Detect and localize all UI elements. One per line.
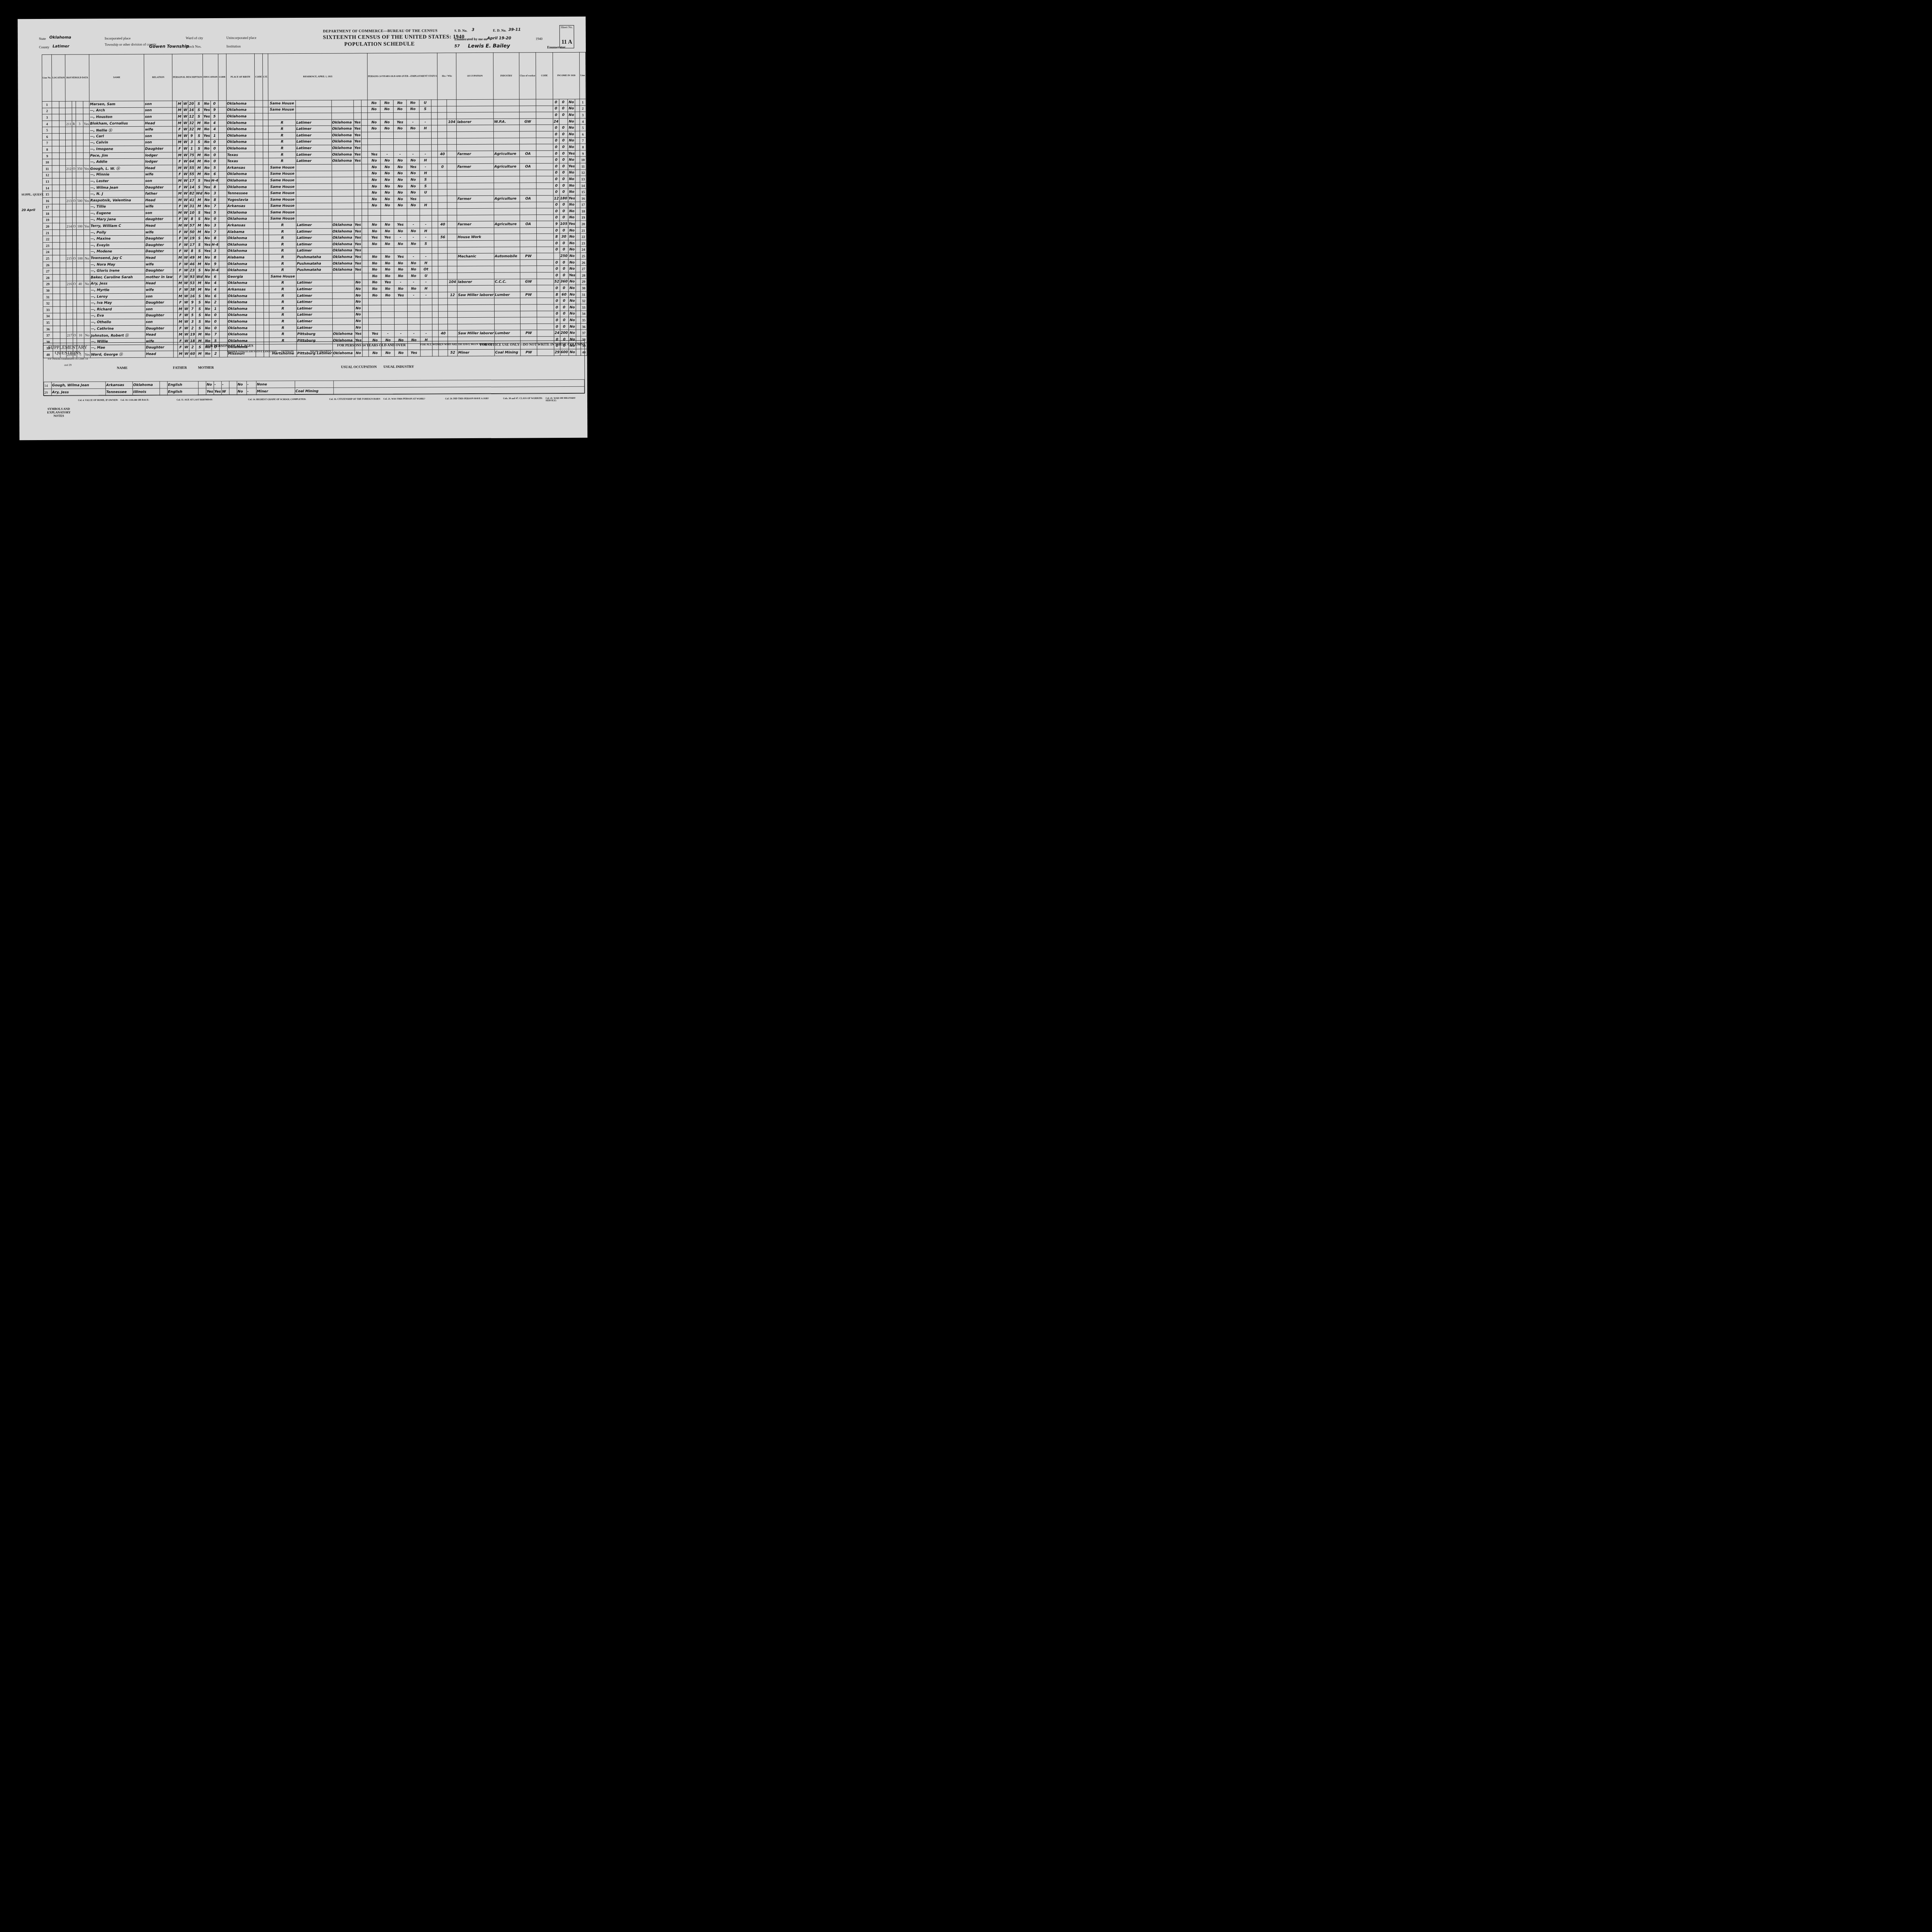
cell-blank	[575, 157, 580, 163]
cell-wks	[447, 196, 457, 202]
cell-blank	[255, 190, 263, 197]
cell-age: 3	[189, 319, 196, 325]
cell-occ	[457, 324, 495, 330]
cell-blank	[52, 153, 60, 159]
cell-blank	[255, 299, 263, 306]
cell-blank	[536, 125, 553, 131]
cell-ms: Wd	[195, 190, 203, 197]
cell-wks	[447, 189, 457, 196]
cell-blank	[361, 126, 368, 132]
cell-ln: 12	[43, 172, 52, 179]
cell-blank	[219, 229, 227, 235]
cell-blank	[173, 152, 177, 159]
cell-blank	[173, 293, 178, 300]
cell-blank	[256, 312, 264, 319]
cell-ms: S	[196, 319, 204, 325]
cell-e4: Yes	[407, 196, 420, 202]
cell-ind: W.P.A.	[493, 119, 519, 125]
cell-hrs	[438, 266, 447, 273]
cell-own: R	[72, 121, 76, 127]
cell-st: Oklahoma	[332, 151, 354, 158]
cell-occ	[457, 144, 494, 151]
cell-e4	[406, 112, 420, 119]
cell-blank	[537, 285, 554, 292]
cell-inc2: 30	[560, 234, 568, 240]
supp-cell-ss2: -	[247, 388, 256, 395]
cell-farm	[84, 274, 90, 281]
note-col30: Cols. 30 and 47. CLASS OF WORKER:	[503, 397, 543, 400]
cell-sex: M	[177, 107, 182, 114]
cell-st	[332, 286, 354, 293]
note-col14: Col. 14. HIGHEST GRADE OF SCHOOL COMPLET…	[248, 398, 306, 401]
cell-e2: No	[381, 177, 394, 184]
cell-blank	[53, 306, 60, 313]
cell-birth: Oklahoma	[227, 299, 256, 306]
cell-dw	[66, 140, 72, 146]
cell-blank	[173, 287, 177, 293]
cell-inc1: 0	[553, 189, 560, 196]
cell-ind	[494, 285, 520, 292]
cell-oth: No	[568, 323, 576, 330]
cell-e5: H	[420, 260, 432, 267]
cell-dw: 216	[66, 281, 73, 287]
cell-farm35	[354, 100, 361, 107]
cell-e4: -	[407, 253, 420, 260]
cell-res: R	[269, 306, 297, 312]
cell-st: Oklahoma	[332, 119, 354, 126]
block-label: Block Nos.	[186, 44, 202, 48]
cell-e1: No	[368, 228, 381, 235]
cell-dw: 213	[66, 197, 72, 204]
cell-farm35: No	[354, 279, 362, 286]
cell-wks	[447, 145, 457, 151]
cell-sch: No	[203, 197, 211, 203]
cell-blank	[432, 273, 439, 279]
cell-inc1: 52	[554, 279, 560, 285]
cell-ms: S	[196, 242, 204, 248]
cell-blank	[52, 165, 60, 172]
cell-cty: Latimer	[296, 235, 332, 241]
cell-race: W	[183, 229, 189, 236]
cell-ln: 37	[43, 332, 53, 339]
cell-sex: M	[178, 332, 184, 338]
cell-inc2: 0	[560, 311, 568, 317]
cell-hrs	[438, 228, 447, 235]
cell-gr: 9	[211, 261, 219, 267]
cell-ln: 23	[580, 240, 587, 247]
cell-farm	[84, 319, 90, 326]
cell-e4	[407, 247, 420, 254]
cell-race: W	[182, 114, 188, 120]
cell-hrs	[438, 260, 447, 267]
cell-farm	[84, 242, 90, 249]
cell-sch: No	[204, 255, 211, 261]
cell-wks	[447, 215, 457, 221]
cell-e5	[420, 305, 432, 311]
cell-blank	[263, 152, 269, 158]
cell-e1	[368, 299, 381, 305]
cell-e3	[395, 324, 408, 331]
cell-blank	[53, 255, 60, 262]
cell-blank	[537, 240, 554, 247]
cell-birth: Oklahoma	[226, 177, 255, 184]
cell-sch: No	[204, 306, 211, 313]
cell-age: 31	[189, 203, 195, 210]
cell-ind	[493, 125, 519, 131]
cell-farm: No	[84, 332, 90, 338]
cell-ms: M	[195, 158, 203, 165]
cell-blank	[576, 247, 580, 253]
institution-label: Institution	[226, 44, 241, 48]
cell-ln: 36	[581, 323, 587, 330]
cell-sch: No	[203, 165, 211, 171]
cell-wks	[448, 330, 457, 337]
cell-val	[76, 210, 83, 217]
cell-res: R	[269, 331, 297, 338]
cell-blank	[255, 113, 262, 120]
cell-val: 40	[77, 281, 84, 287]
cell-cls	[519, 99, 536, 106]
sheet-label: Sheet No.	[560, 26, 574, 29]
cell-blank	[576, 221, 580, 228]
cell-blank	[263, 100, 269, 107]
cell-occ: Farmer	[457, 151, 494, 157]
cell-sex: F	[177, 312, 183, 319]
cell-inc1: 0	[553, 138, 560, 144]
cell-e2: No	[381, 292, 395, 299]
cell-blank	[536, 170, 553, 176]
cell-wks	[447, 132, 457, 138]
ward-label: Ward of city	[186, 36, 203, 40]
cell-rel: wife	[145, 126, 173, 133]
cell-e3	[395, 318, 408, 325]
cell-ln: 31	[43, 294, 53, 300]
cell-e1: No	[367, 100, 381, 107]
cell-e4	[406, 132, 420, 138]
cell-e3: No	[394, 241, 407, 247]
note-col16: Col. 16. CITIZENSHIP OF THE FOREIGN BORN	[329, 398, 380, 401]
cell-sch: No	[203, 146, 211, 152]
cell-farm	[83, 185, 90, 191]
cell-inc2: 0	[560, 182, 568, 189]
cell-wks	[447, 253, 457, 260]
cell-ms: M	[195, 152, 203, 158]
cell-cls	[520, 189, 536, 196]
cell-blank	[263, 133, 269, 139]
cell-e3	[394, 209, 407, 215]
cell-inc2: 0	[560, 272, 568, 279]
cell-sch: No	[204, 274, 211, 281]
cell-blank	[218, 120, 226, 126]
cell-blank	[361, 119, 368, 126]
cell-ln: 3	[42, 114, 52, 121]
cell-birth: Oklahoma	[227, 216, 255, 223]
cell-gr: 7	[211, 229, 219, 235]
cell-rel: wife	[145, 229, 173, 236]
cell-ln: 14	[580, 182, 586, 189]
cell-rel: Head	[145, 281, 173, 287]
cell-birth: Oklahoma	[226, 133, 255, 139]
cell-e5: S	[420, 177, 432, 183]
cell-blank	[263, 107, 269, 113]
cell-cls: OA	[520, 163, 536, 170]
cell-birth: Oklahoma	[226, 100, 255, 107]
cell-blank	[219, 184, 226, 190]
cell-farm	[84, 230, 90, 236]
cell-wks	[447, 125, 457, 132]
cell-blank	[576, 266, 580, 272]
cell-blank	[173, 165, 177, 172]
cell-inc1: 0	[553, 182, 560, 189]
cell-e2: No	[381, 183, 394, 190]
cell-farm	[83, 101, 89, 108]
cell-occ	[457, 125, 494, 132]
cell-inc2	[559, 118, 568, 125]
cell-blank	[575, 176, 580, 182]
cell-e1	[367, 132, 381, 139]
cell-res: R	[269, 145, 296, 152]
cell-blank	[256, 318, 264, 325]
cell-blank	[173, 210, 177, 216]
cell-e2: Yes	[381, 279, 395, 286]
cell-e2	[381, 113, 394, 119]
cell-e3: -	[395, 331, 408, 337]
cell-e3: No	[394, 273, 407, 279]
cell-own	[72, 204, 76, 211]
cell-hrs	[438, 112, 447, 119]
cell-blank	[361, 183, 368, 190]
cell-blank	[255, 267, 263, 274]
cell-blank	[537, 298, 554, 304]
cell-oth: No	[568, 234, 576, 240]
cell-cty: Latimer	[296, 248, 332, 254]
header-occupation: OCCUPATION	[456, 53, 493, 99]
cell-ln: 24	[580, 247, 587, 253]
cell-cls	[520, 234, 536, 240]
note-col41: Col. 41. WAR OR MILITARY SERVICE:	[546, 397, 584, 402]
cell-oth: No	[568, 208, 576, 215]
cell-e5: -	[420, 221, 432, 228]
cell-cls	[520, 176, 536, 183]
supp-cell-ss2: -	[247, 381, 256, 388]
cell-st: Oklahoma	[332, 126, 354, 132]
cell-blank	[52, 140, 60, 146]
cell-dw	[66, 300, 73, 307]
cell-blank	[173, 319, 178, 325]
cell-gr: 8	[211, 184, 219, 190]
cell-e4: No	[406, 177, 420, 183]
cell-res: R	[269, 299, 297, 306]
cell-dw	[66, 287, 73, 294]
population-table: Line No. LOCATION HOUSEHOLD DATA NAME RE…	[42, 52, 587, 358]
cell-blank	[575, 170, 580, 176]
cell-blank	[256, 306, 264, 312]
cell-e1	[367, 113, 381, 119]
cell-st	[332, 209, 354, 216]
cell-cls	[520, 208, 536, 215]
cell-birth: Oklahoma	[226, 139, 255, 146]
cell-sex: F	[177, 184, 183, 191]
cell-age: 16	[189, 293, 196, 300]
cell-farm	[84, 294, 90, 300]
cell-oth: Yes	[568, 221, 576, 228]
cell-birth: Georgia	[227, 274, 256, 280]
cell-gr: 4	[211, 280, 219, 287]
cell-blank	[255, 280, 263, 287]
cell-blank	[60, 281, 66, 287]
cell-blank	[218, 114, 226, 120]
cell-dw	[66, 159, 72, 165]
cell-blank	[576, 304, 581, 311]
cell-hrs	[439, 324, 448, 331]
cell-e3: Yes	[393, 119, 406, 126]
cell-farm35: Yes	[354, 260, 362, 267]
cell-st: Oklahoma	[332, 241, 354, 248]
cell-ind	[494, 176, 520, 183]
cell-age: 57	[189, 223, 195, 229]
cell-res: Same House	[269, 209, 296, 216]
cell-cls	[519, 138, 536, 144]
cell-own	[72, 242, 76, 249]
cell-blank	[263, 261, 269, 267]
cell-blank	[219, 133, 226, 139]
cell-blank	[264, 325, 269, 332]
cell-farm	[83, 114, 89, 121]
cell-blank	[255, 229, 263, 235]
cell-e3: No	[393, 106, 406, 113]
cell-wks	[447, 234, 457, 241]
cell-age: 19	[189, 235, 195, 242]
cell-inc2: 0	[559, 157, 568, 163]
cell-e4: No	[407, 202, 420, 209]
cell-blank	[432, 215, 438, 222]
cell-sch: No	[203, 139, 211, 146]
cell-sch: Yes	[203, 242, 211, 248]
cell-val	[76, 217, 83, 223]
cell-inc1: 24	[553, 118, 559, 125]
supp-col-ss: SOCIAL SECURITY	[310, 350, 331, 353]
cell-farm35: No	[354, 325, 362, 331]
cell-blank	[60, 191, 66, 197]
cell-rel: mother in law	[145, 274, 173, 281]
cell-blank	[60, 326, 66, 332]
cell-sch: No	[203, 190, 211, 197]
cell-birth: Oklahoma	[227, 209, 255, 216]
cell-ms: M	[195, 223, 203, 229]
cell-e3: No	[394, 286, 407, 293]
cell-rel: son	[145, 133, 173, 139]
cell-ms: S	[195, 107, 203, 114]
cell-e2	[381, 209, 394, 216]
header-class: Class of worker	[519, 53, 536, 99]
supp-cell-tongue: English	[167, 388, 198, 395]
cell-ln: 36	[43, 326, 53, 332]
cell-oth: No	[568, 131, 575, 138]
cell-inc2: 0	[559, 105, 568, 112]
cell-gr: 7	[211, 332, 219, 338]
cell-ln: 7	[580, 138, 586, 144]
cell-cty	[296, 107, 332, 113]
cell-e4	[407, 318, 420, 324]
cell-blank	[432, 247, 438, 254]
cell-e3	[394, 247, 407, 254]
cell-cty: Latimer	[297, 325, 333, 331]
cell-blank	[52, 101, 59, 108]
cell-cty: Latimer	[296, 126, 332, 133]
cell-blank	[173, 216, 177, 223]
cell-blank	[59, 121, 65, 127]
cell-blank	[60, 249, 66, 255]
cell-inc1: 0	[553, 202, 560, 208]
cell-sex: F	[177, 242, 183, 248]
supp-cell-mother: Illinois	[133, 388, 160, 395]
cell-oth: No	[568, 182, 576, 189]
cell-rel: son	[145, 319, 173, 325]
cell-farm	[84, 287, 90, 294]
cell-st: Oklahoma	[332, 222, 354, 228]
cell-occ: laborer	[457, 119, 494, 125]
cell-blank	[432, 196, 438, 202]
cell-blank	[60, 223, 66, 230]
cell-blank	[59, 114, 65, 121]
cell-res: R	[269, 248, 296, 254]
cell-blank	[431, 145, 438, 151]
cell-farm35: Yes	[354, 138, 361, 145]
cell-blank	[219, 216, 227, 223]
cell-farm35: Yes	[354, 119, 361, 126]
cell-cls	[520, 157, 536, 163]
cell-age: 23	[189, 267, 196, 274]
cell-name: Baker, Caroline Sarah	[90, 274, 145, 281]
cell-wks: 104	[447, 119, 457, 126]
cell-blank	[362, 241, 368, 248]
cell-res: Same House	[269, 165, 296, 171]
cell-val	[77, 262, 84, 268]
cell-blank	[219, 235, 227, 242]
cell-res: R	[269, 139, 296, 145]
cell-name: —, Cathrine	[90, 325, 145, 332]
cell-sex: M	[177, 133, 182, 139]
cell-inc1: 0	[554, 323, 560, 330]
cell-ind	[494, 138, 520, 145]
cell-birth: Oklahoma	[227, 248, 255, 255]
cell-e5: H	[420, 202, 432, 209]
cell-ln: 15	[580, 189, 586, 196]
cell-birth: Arkansas	[227, 286, 256, 293]
cell-own	[73, 300, 77, 306]
cell-res: R	[269, 312, 297, 318]
cell-res: R	[269, 133, 296, 139]
cell-e2: No	[381, 100, 394, 106]
cell-e1	[368, 318, 381, 325]
cell-inc2: 0	[560, 189, 568, 196]
cell-e5: H	[420, 170, 432, 177]
cell-sch: Yes	[203, 114, 211, 120]
cell-farm35: Yes	[354, 235, 362, 241]
cell-farm35	[354, 177, 362, 184]
cell-blank	[219, 241, 227, 248]
cell-hrs	[438, 202, 447, 209]
cell-occ	[457, 266, 494, 273]
cell-blank	[576, 311, 581, 317]
cell-blank	[59, 133, 65, 140]
cell-birth: Yugoslavia	[227, 197, 255, 203]
cell-blank	[575, 105, 580, 112]
cell-blank	[576, 253, 580, 260]
cell-blank	[263, 184, 269, 190]
cell-ln: 3	[580, 112, 586, 118]
cell-inc1: 8	[554, 234, 560, 240]
